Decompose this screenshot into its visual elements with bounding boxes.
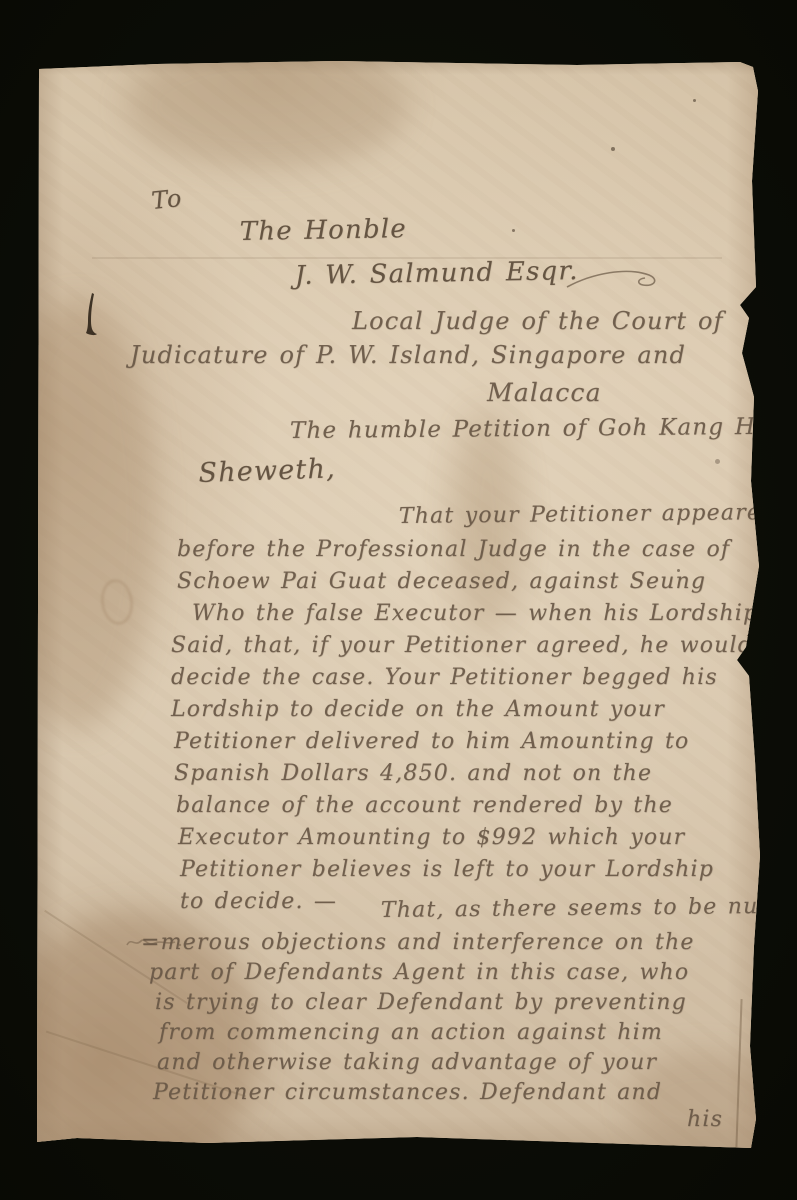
addressee-title-line: Malacca (487, 378, 602, 407)
body-line: balance of the account rendered by the (176, 793, 673, 818)
body-line: That, as there seems to be nu= (381, 894, 778, 923)
ink-blot (83, 291, 99, 341)
body-line: and otherwise taking advantage of your (157, 1050, 657, 1075)
body-line: That your Petitioner appeared (399, 500, 777, 529)
body-line: Who the false Executor — when his Lordsh… (192, 601, 758, 626)
body-line: Schoew Pai Guat deceased, against Seung (177, 569, 706, 594)
paper-speck (611, 147, 615, 151)
body-line: Executor Amounting to $992 which your (178, 825, 685, 850)
body-line: =merous objections and interference on t… (141, 930, 695, 955)
addressee-title-line: Judicature of P. W. Island, Singapore an… (130, 341, 686, 369)
addressee-name: J. W. Salmund Esqr. (294, 256, 578, 291)
pen-flourish (565, 267, 665, 295)
body-line: from commencing an action against him (159, 1020, 663, 1045)
salutation: To (150, 184, 184, 215)
body-line: Lordship to decide on the Amount your (171, 697, 665, 722)
sheweth-label: Sheweth, (198, 453, 336, 489)
stain-top-left (127, 41, 407, 171)
catchword: his (687, 1107, 723, 1132)
body-line: part of Defendants Agent in this case, w… (149, 960, 689, 985)
body-line: Petitioner believes is left to your Lord… (180, 857, 714, 882)
paper-speck (693, 99, 696, 102)
petition-heading: The humble Petition of Goh Kang Hai (290, 414, 780, 444)
body-line: Spanish Dollars 4,850. and not on the (174, 761, 652, 786)
body-line: Said, that, if your Petitioner agreed, h… (171, 633, 753, 658)
paper-sheet: To The Honble J. W. Salmund Esqr. Local … (37, 61, 761, 1150)
addressee-title-line: Local Judge of the Court of (352, 307, 724, 335)
body-line: decide the case. Your Petitioner begged … (171, 665, 718, 690)
body-line: Petitioner delivered to him Amounting to (174, 729, 689, 754)
addressee-honorific: The Honble (239, 214, 407, 247)
body-line: is trying to clear Defendant by preventi… (155, 990, 687, 1015)
body-line: Petitioner circumstances. Defendant and (153, 1080, 662, 1105)
body-line: to decide. — (180, 889, 337, 914)
paper-speck (715, 459, 720, 464)
paper-speck (512, 229, 515, 232)
body-line: before the Professional Judge in the cas… (177, 537, 730, 562)
